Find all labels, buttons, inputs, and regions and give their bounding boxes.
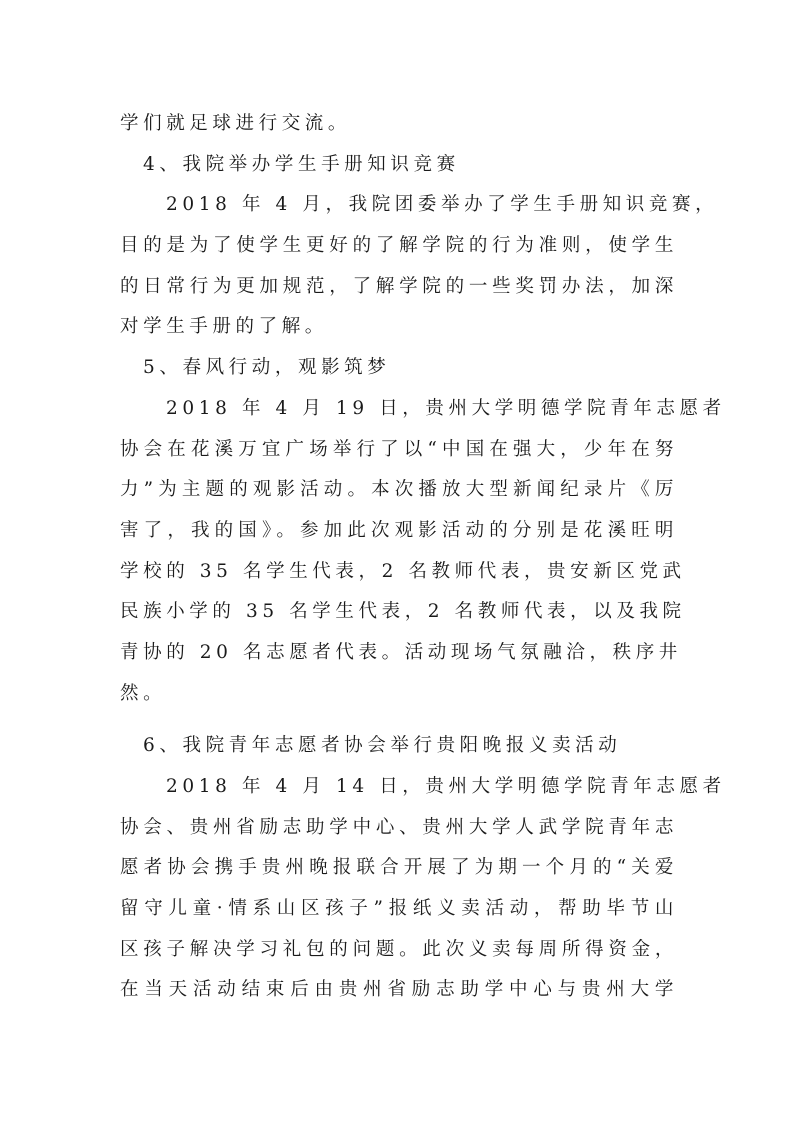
section-heading-4: 4、我院举办学生手册知识竞赛: [120, 145, 678, 186]
paragraph-line: 留守儿童·情系山区孩子”报纸义卖活动，帮助毕节山: [120, 889, 678, 930]
document-body: 学们就足球进行交流。 4、我院举办学生手册知识竞赛 2018 年 4 月，我院团…: [120, 104, 678, 1011]
text-line: 学们就足球进行交流。: [120, 104, 678, 145]
paragraph-line: 2018 年 4 月，我院团委举办了学生手册知识竞赛，: [120, 185, 678, 226]
paragraph-line: 民族小学的 35 名学生代表，2 名教师代表，以及我院: [120, 592, 678, 633]
paragraph-line: 2018 年 4 月 19 日，贵州大学明德学院青年志愿者: [120, 389, 678, 430]
paragraph-line: 2018 年 4 月 14 日，贵州大学明德学院青年志愿者: [120, 767, 678, 808]
paragraph-line: 愿者协会携手贵州晚报联合开展了为期一个月的“关爱: [120, 848, 678, 889]
section-heading-5: 5、春风行动，观影筑梦: [120, 348, 678, 389]
paragraph-line: 害了，我的国》。参加此次观影活动的分别是花溪旺明: [120, 511, 678, 552]
paragraph-line: 学校的 35 名学生代表，2 名教师代表，贵安新区党武: [120, 552, 678, 593]
paragraph-line: 区孩子解决学习礼包的问题。此次义卖每周所得资金，: [120, 930, 678, 971]
paragraph-line: 在当天活动结束后由贵州省励志助学中心与贵州大学: [120, 970, 678, 1011]
paragraph-line: 协会在花溪万宜广场举行了以“中国在强大，少年在努: [120, 430, 678, 471]
paragraph-line: 协会、贵州省励志助学中心、贵州大学人武学院青年志: [120, 808, 678, 849]
paragraph-line: 力”为主题的观影活动。本次播放大型新闻纪录片《厉: [120, 470, 678, 511]
section-heading-6: 6、我院青年志愿者协会举行贵阳晚报义卖活动: [120, 726, 678, 767]
paragraph-line: 然。: [120, 674, 678, 715]
document-page: 学们就足球进行交流。 4、我院举办学生手册知识竞赛 2018 年 4 月，我院团…: [0, 0, 793, 1122]
paragraph-line: 目的是为了使学生更好的了解学院的行为准则，使学生: [120, 226, 678, 267]
paragraph-line: 的日常行为更加规范，了解学院的一些奖罚办法，加深: [120, 267, 678, 308]
paragraph-line: 青协的 20 名志愿者代表。活动现场气氛融洽，秩序井: [120, 633, 678, 674]
paragraph-line: 对学生手册的了解。: [120, 307, 678, 348]
